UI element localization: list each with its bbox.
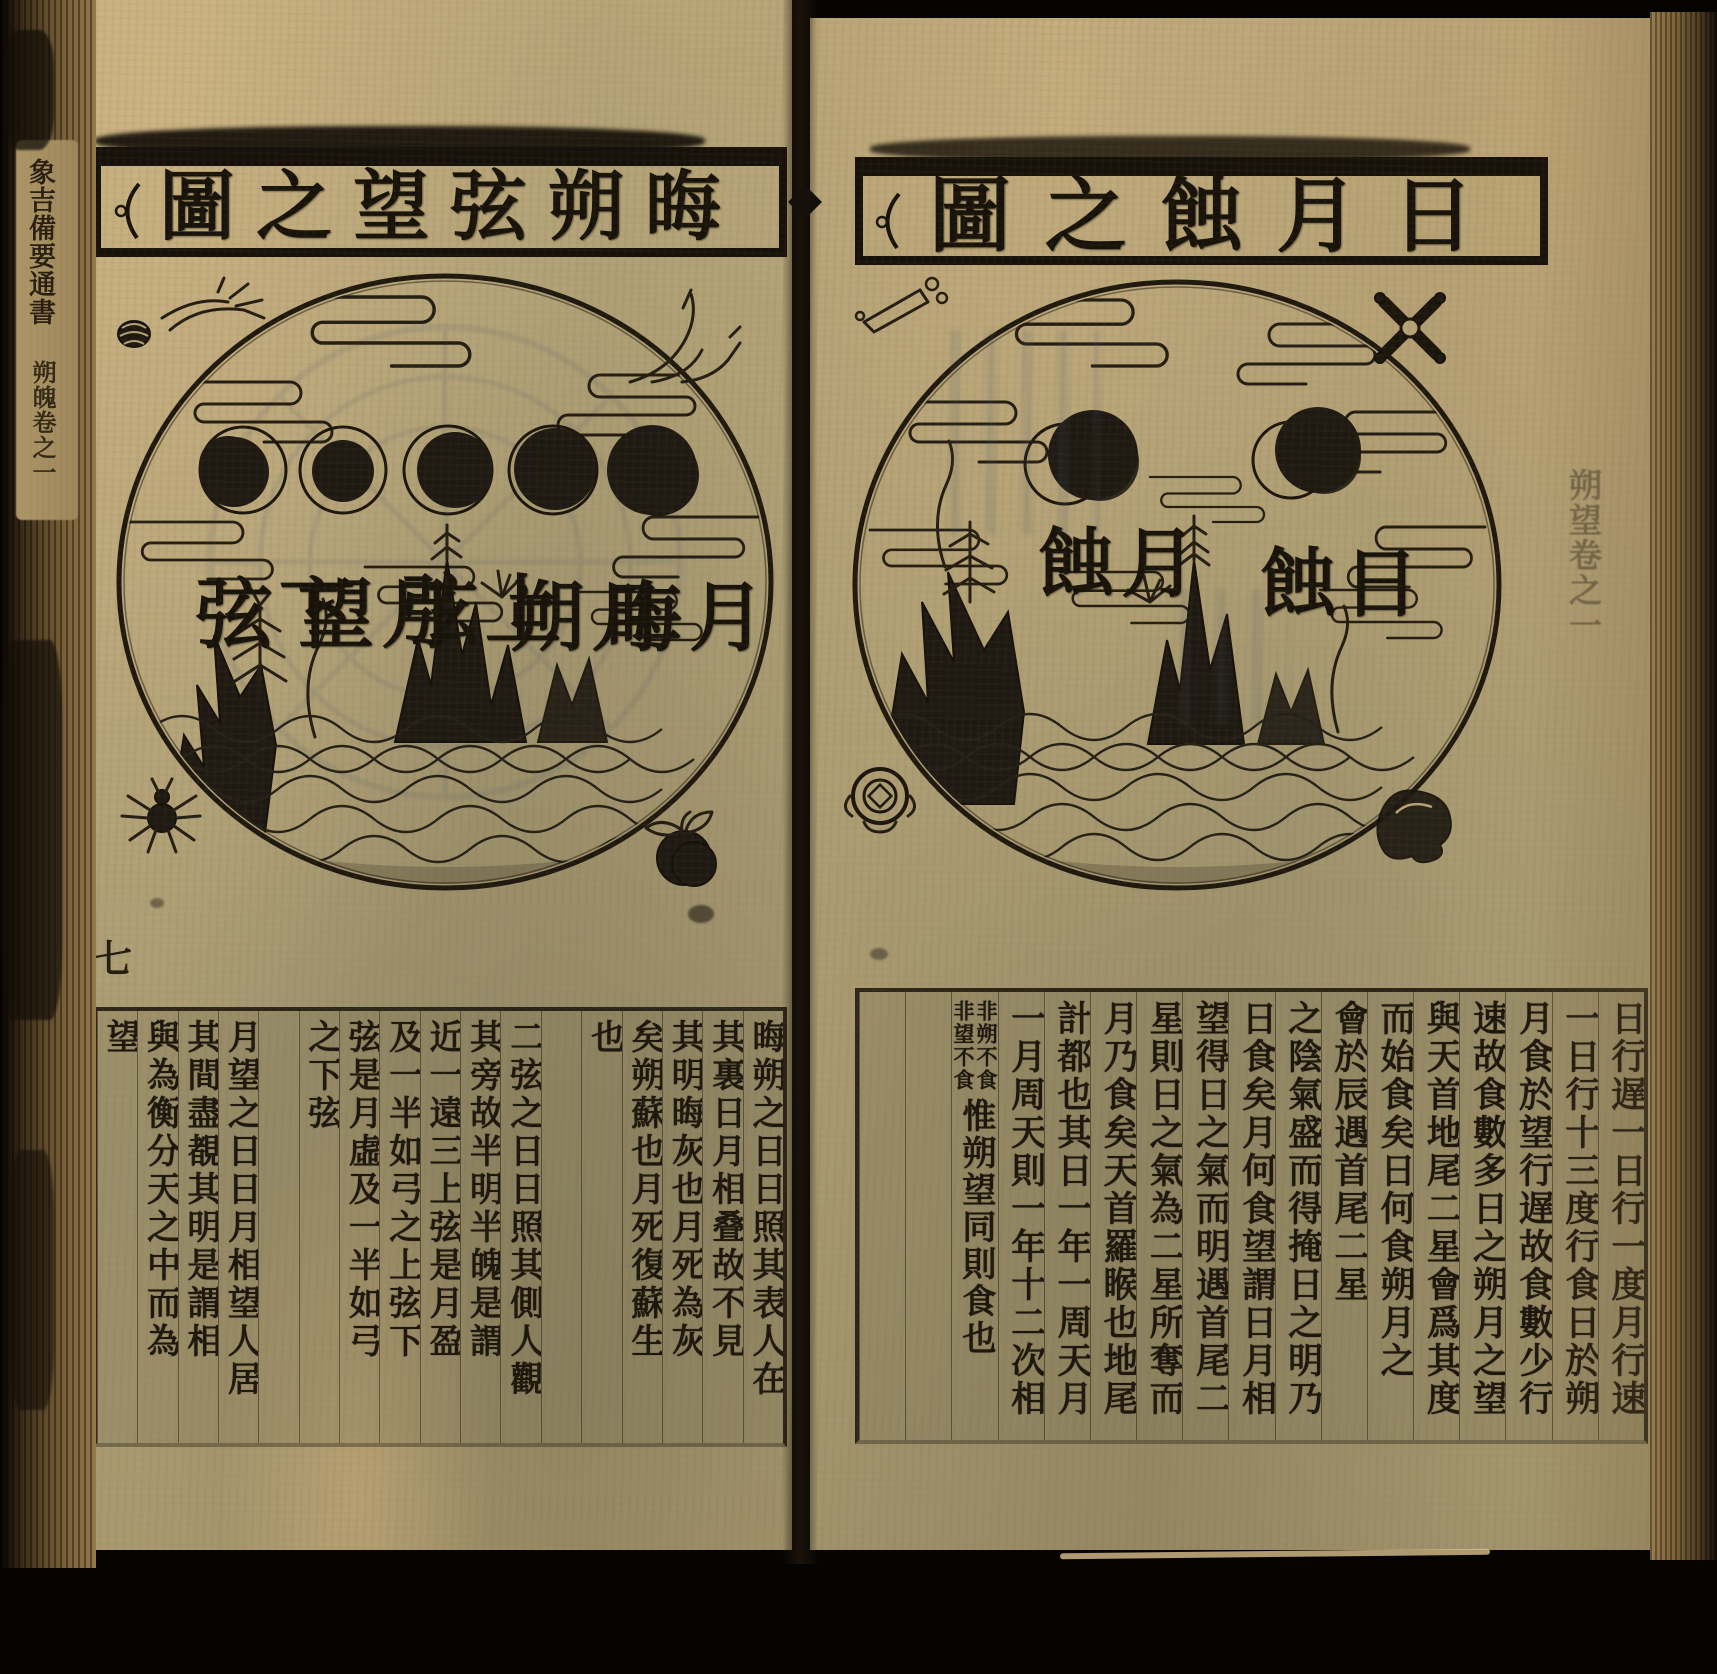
text-column: 與天首地尾二星會爲其度 — [1413, 992, 1459, 1440]
text-column: 一月周天則一年十二次相 — [998, 992, 1044, 1440]
glyph: 月 — [1121, 526, 1197, 602]
text-column: 與為衡分天之中而為 — [137, 1011, 177, 1443]
text-column: 望 — [97, 1011, 137, 1443]
glyph: 朔 — [508, 580, 584, 656]
small-note-column: 非朔不食 — [976, 1000, 997, 1092]
text-column: 計都也其日一年一周天月 — [1044, 992, 1090, 1440]
text-column: 而始食矣日何食朔月之 — [1367, 992, 1413, 1440]
text-column: 日行遅一日行一度月行速 — [1598, 992, 1644, 1440]
text-column: 二弦之日日照其側人觀 — [500, 1011, 540, 1443]
text-column: 其明晦灰也月死為灰 — [662, 1011, 702, 1443]
glyph: 弦 — [402, 573, 478, 649]
text-column: 其旁故半明半魄是謂 — [460, 1011, 500, 1443]
note-tail: 惟朔望同則食也 — [957, 1098, 993, 1357]
coin-knot-ornament-icon — [834, 756, 926, 838]
text-column: 其間盡覩其明是謂相 — [178, 1011, 218, 1443]
volume-edge-label: 朔魄卷之一 — [30, 360, 54, 485]
title-bracket-icon — [107, 180, 147, 244]
antler-ornament-icon — [618, 282, 743, 390]
text-column: 月望之日日月相望人居 — [218, 1011, 258, 1443]
left-page-title-box: 晦朔弦望之圖 — [93, 147, 787, 257]
glyph: 圖 — [159, 169, 235, 245]
glyph: 之 — [1045, 175, 1127, 257]
text-column — [541, 1011, 581, 1443]
text-column: 矣朔蘇也月死復蘇生 — [622, 1011, 662, 1443]
text-column — [905, 992, 951, 1440]
glyph: 望 — [353, 169, 429, 245]
dipper-ornament-icon — [852, 264, 952, 344]
book-title-edge-label: 象吉備要通書 — [26, 158, 53, 326]
text-column: 近一遠三上弦是月盈 — [420, 1011, 460, 1443]
glyph: 弦 — [196, 577, 272, 653]
text-column: 月乃食矣天首羅睺也地尾 — [1090, 992, 1136, 1440]
spider-ornament-icon — [112, 770, 208, 858]
left-page-text-block: 晦朔之日日照其表人在其裏日月相叠故不見其明晦灰也月死為灰矣朔蘇也月死復蘇生也二弦… — [93, 1007, 787, 1447]
book-scan-stage: 晦朔弦望之圖 — [0, 0, 1717, 1674]
text-column: 也 — [581, 1011, 621, 1443]
lunar-eclipse-label: 月蝕 — [1038, 526, 1197, 602]
right-page-title: 日月蝕之圖 — [863, 175, 1540, 257]
glyph: 蝕 — [1160, 175, 1242, 257]
page-edge-highlight — [1060, 1549, 1490, 1560]
text-column: 及一半如弓之上弦下 — [379, 1011, 419, 1443]
right-page-title-box: 日月蝕之圖 — [855, 157, 1548, 265]
text-column: 一日行十三度行食日於朔 — [1552, 992, 1598, 1440]
text-column — [258, 1011, 298, 1443]
text-column: 非朔不食非望不食惟朔望同則食也 — [951, 992, 997, 1440]
moon-phase-glyphs — [199, 425, 699, 516]
right-leaf-edge-stack — [1650, 12, 1717, 1560]
text-column: 月食於望行遅故食數少行 — [1505, 992, 1551, 1440]
title-bracket-icon — [867, 190, 907, 254]
text-column: 晦朔之日日照其表人在 — [743, 1011, 783, 1443]
folio-number: 七 — [94, 928, 132, 983]
cross-vajra-ornament-icon — [1362, 280, 1458, 376]
glyph: 日 — [1392, 175, 1474, 257]
text-column: 日食矣月何食望謂日月相 — [1228, 992, 1274, 1440]
glyph: 之 — [256, 169, 332, 245]
text-column — [859, 992, 905, 1440]
glyph: 圖 — [929, 175, 1011, 257]
branch-and-beetle-ornament-icon — [112, 272, 272, 357]
solar-eclipse-label: 日蝕 — [1260, 546, 1419, 622]
glyph: 晦 — [645, 169, 721, 245]
left-page-title: 晦朔弦望之圖 — [101, 169, 779, 245]
left-leaf-edge-stack: 象吉備要通書 朔魄卷之一 — [0, 0, 96, 1568]
text-column: 弦是月虛及一半如弓 — [339, 1011, 379, 1443]
text-column: 之陰氣盛而得掩日之明乃 — [1275, 992, 1321, 1440]
text-column: 望得日之氣而明遇首尾二 — [1182, 992, 1228, 1440]
text-column: 會於辰遇首尾二星 — [1321, 992, 1367, 1440]
text-column: 速故食數多日之朔月之望 — [1459, 992, 1505, 1440]
left-page: 晦朔弦望之圖 — [0, 0, 792, 1550]
glyph: 蝕 — [1260, 546, 1336, 622]
glyph: 蝕 — [1038, 526, 1114, 602]
small-note-column: 非望不食 — [953, 1000, 974, 1092]
glyph: 月 — [689, 580, 765, 656]
moon-label-dark-moon: 月晦 — [606, 580, 765, 656]
text-column: 其裏日月相叠故不見 — [702, 1011, 742, 1443]
eclipse-orbs — [1025, 407, 1361, 504]
text-column: 星則日之氣為二星所奪而 — [1136, 992, 1182, 1440]
glyph: 月 — [1276, 175, 1358, 257]
text-column: 之下弦 — [299, 1011, 339, 1443]
glyph: 晦 — [606, 580, 682, 656]
glyph: 望 — [298, 577, 374, 653]
small-note-pair: 非朔不食非望不食 — [953, 1000, 997, 1092]
volume-margin-ghost-label: 朔望卷之一 — [1560, 468, 1607, 643]
right-page: 日月蝕之圖 — [810, 18, 1662, 1550]
glyph: 弦 — [451, 169, 527, 245]
glyph: 日 — [1343, 546, 1419, 622]
glyph: 朔 — [548, 169, 624, 245]
right-page-text-block: 日行遅一日行一度月行速一日行十三度行食日於朔月食於望行遅故食數少行速故食數多日之… — [855, 988, 1648, 1444]
peach-fruit-ornament-icon — [638, 800, 726, 892]
chime-cloud-ornament-icon — [1370, 773, 1462, 861]
page-gutter — [782, 0, 818, 1564]
